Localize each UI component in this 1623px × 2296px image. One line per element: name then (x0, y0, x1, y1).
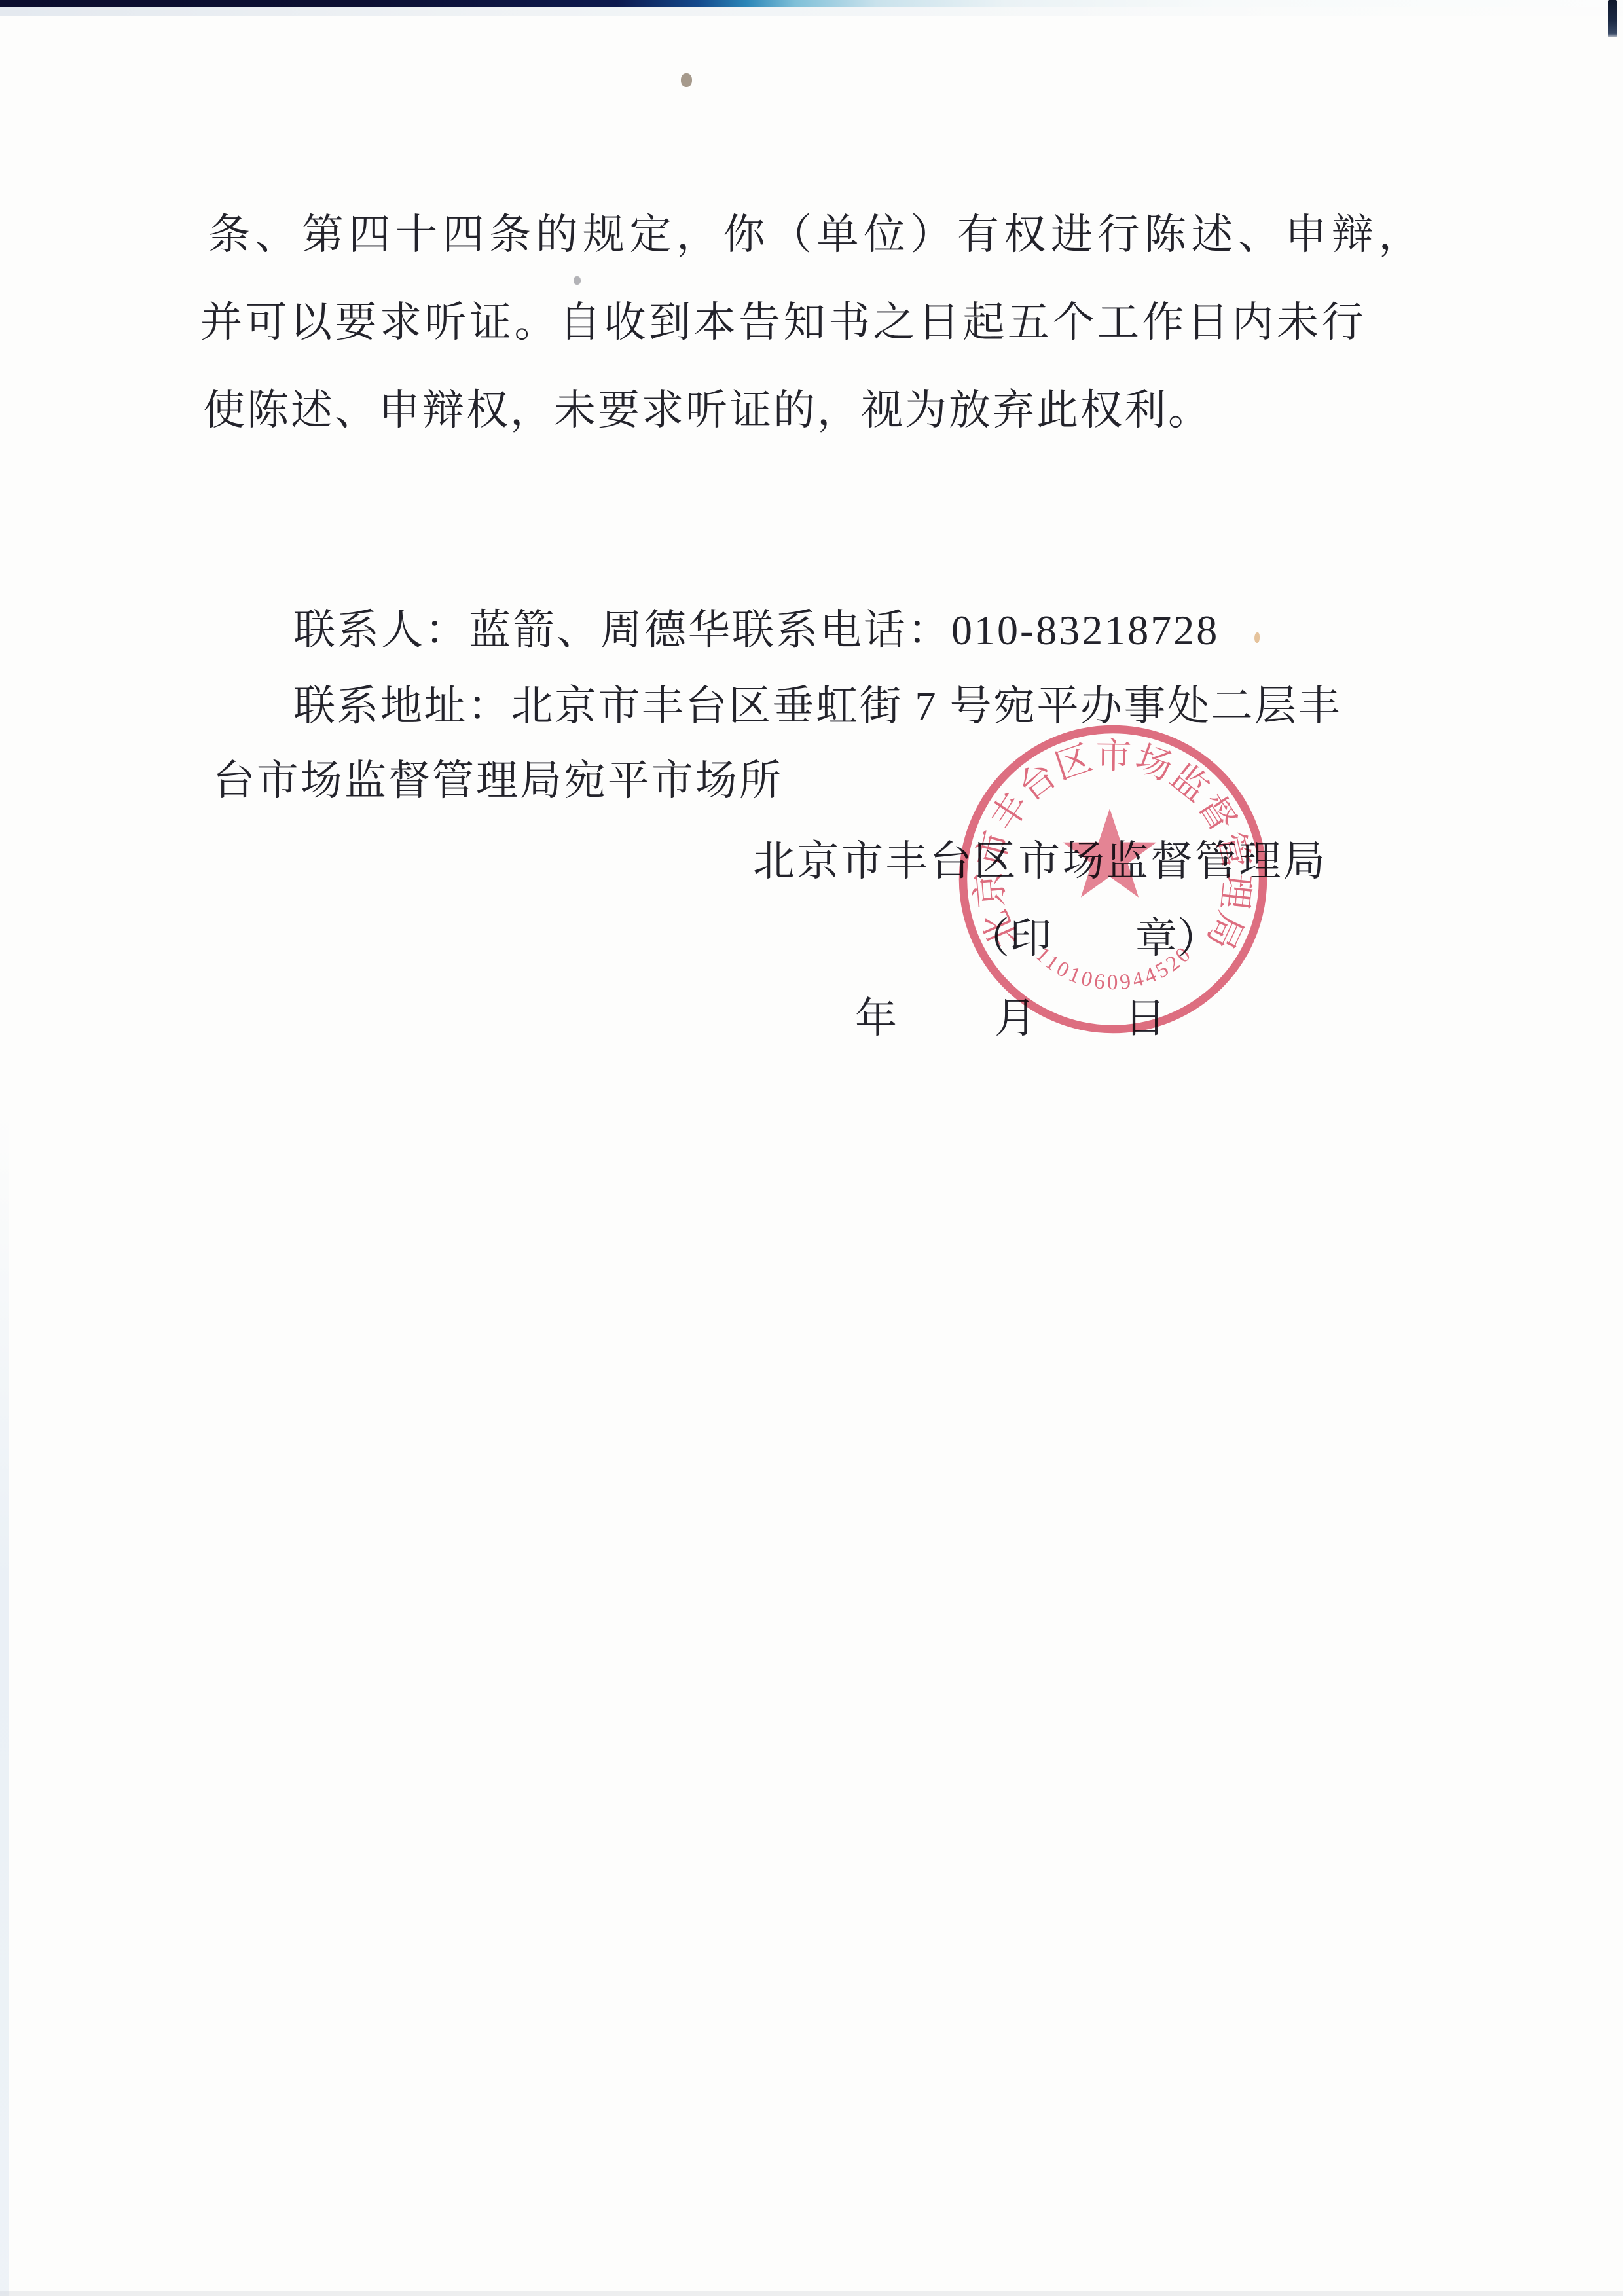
paragraph-line-2: 并可以要求听证。自收到本告知书之日起五个工作日内未行 (200, 301, 1366, 344)
seal-star-icon (1063, 809, 1157, 898)
seal-serial-number: 1101060944520 (1030, 941, 1197, 994)
scan-speck (681, 73, 692, 87)
scan-edge-strip (0, 0, 1623, 7)
contact-person-line: 联系人：蓝箭、周德华联系电话：010-83218728 (293, 609, 1219, 652)
official-seal-stamp: 北京市丰台区市场监督管理局 1101060944520 (953, 717, 1273, 1038)
scanned-document-page: 条、第四十四条的规定，你（单位）有权进行陈述、申辩， 并可以要求听证。自收到本告… (0, 0, 1623, 2296)
paragraph-line-3: 使陈述、申辩权，未要求听证的，视为放弃此权利。 (203, 389, 1212, 432)
scan-edge-shadow (0, 7, 1623, 16)
scan-corner-mark (1608, 0, 1617, 37)
contact-address-line-2: 台市场监督管理局宛平市场所 (213, 759, 783, 803)
scan-speck (574, 276, 581, 285)
scan-bottom-haze (0, 2291, 1623, 2296)
scan-left-haze (0, 1113, 9, 2296)
date-year-label: 年 (855, 997, 897, 1040)
paragraph-line-1: 条、第四十四条的规定，你（单位）有权进行陈述、申辩， (208, 213, 1425, 257)
scan-speck (1254, 632, 1260, 643)
